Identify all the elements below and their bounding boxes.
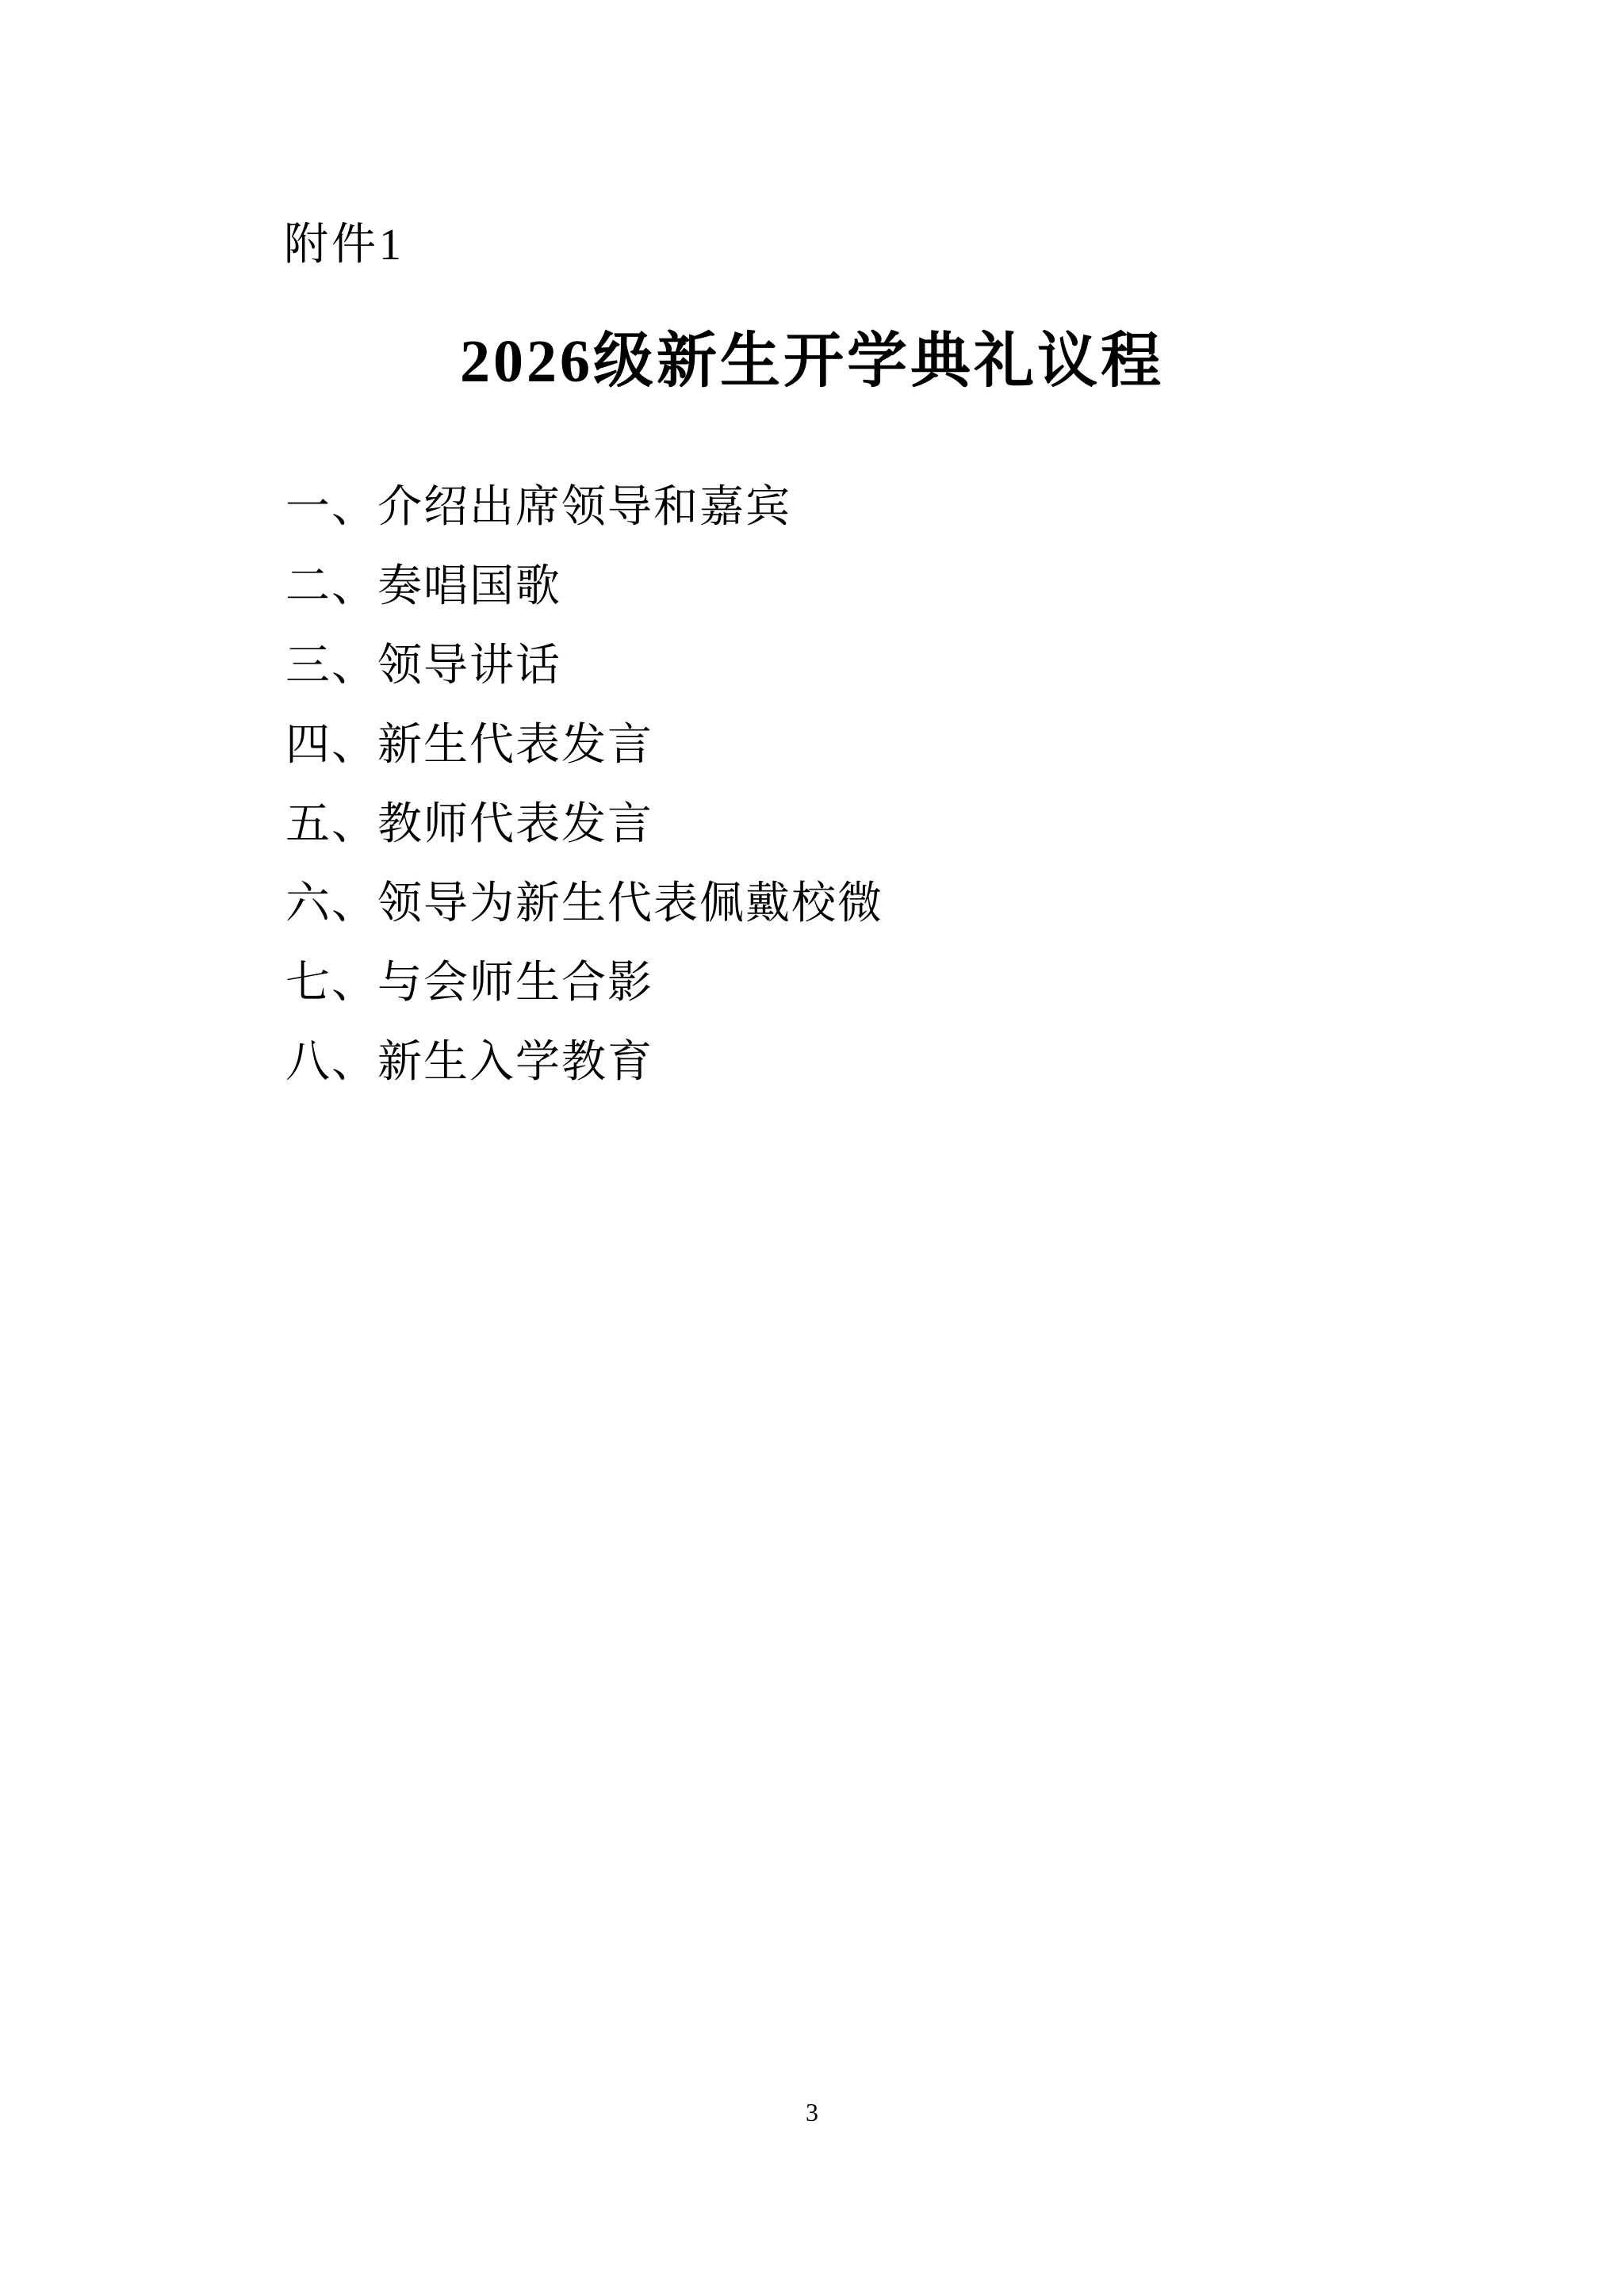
agenda-item-3: 三、领导讲话 xyxy=(285,626,1465,706)
document-page: 附件1 2026级新生开学典礼议程 一、介绍出席领导和嘉宾 二、奏唱国歌 三、领… xyxy=(0,0,1624,2296)
agenda-list: 一、介绍出席领导和嘉宾 二、奏唱国歌 三、领导讲话 四、新生代表发言 五、教师代… xyxy=(285,468,1465,1102)
agenda-item-6: 六、领导为新生代表佩戴校微 xyxy=(285,864,1465,943)
page-number: 3 xyxy=(0,2097,1624,2127)
agenda-item-2: 二、奏唱国歌 xyxy=(285,547,1465,626)
agenda-item-8: 八、新生入学教育 xyxy=(285,1023,1465,1102)
agenda-item-4: 四、新生代表发言 xyxy=(285,706,1465,785)
agenda-item-5: 五、教师代表发言 xyxy=(285,785,1465,864)
agenda-item-7: 七、与会师生合影 xyxy=(285,943,1465,1023)
attachment-label: 附件1 xyxy=(284,220,404,270)
agenda-item-1: 一、介绍出席领导和嘉宾 xyxy=(285,468,1465,547)
document-title: 2026级新生开学典礼议程 xyxy=(0,327,1624,396)
